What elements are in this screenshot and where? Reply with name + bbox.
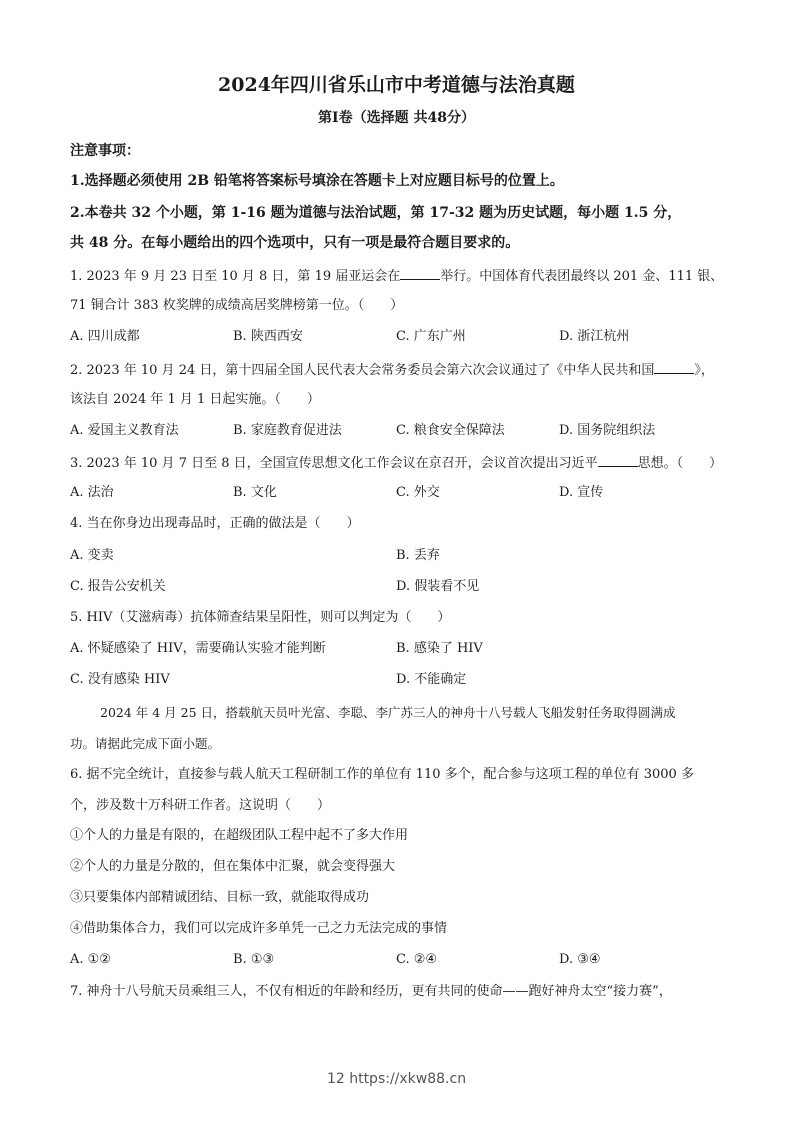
question-1-option-b: B. 陕西西安: [233, 328, 303, 346]
question-1-line-1: 1. 2023 年 9 月 23 日至 10 月 8 日，第 19 届亚运会在举…: [70, 266, 723, 286]
question-text: 3. 2023 年 10 月 7 日至 8 日，全国宣传思想文化工作会议在京召开…: [70, 456, 598, 471]
page-title: 2024年四川省乐山市中考道德与法治真题: [0, 72, 793, 98]
question-6-line-1: 6. 据不完全统计，直接参与载人航天工程研制工作的单位有 110 多个，配合参与…: [70, 766, 694, 784]
question-7-line-1: 7. 神舟十八号航天员乘组三人，不仅有相近的年龄和经历，更有共同的使命——跑好神…: [70, 983, 672, 1001]
question-3-option-b: B. 文化: [233, 484, 277, 502]
question-2-option-c: C. 粮食安全保障法: [396, 422, 505, 440]
question-2-option-a: A. 爱国主义教育法: [70, 422, 179, 440]
question-5-option-b: B. 感染了 HIV: [396, 640, 483, 658]
question-6-line-2: 个，涉及数十万科研工作者。这说明（ ）: [70, 797, 330, 815]
question-3-option-d: D. 宣传: [559, 484, 603, 502]
question-1-option-c: C. 广东广州: [396, 328, 466, 346]
question-1-option-d: D. 浙江杭州: [559, 328, 629, 346]
question-2-line-1: 2. 2023 年 10 月 24 日，第十四届全国人民代表大会常务委员会第六次…: [70, 360, 714, 380]
question-2-option-d: D. 国务院组织法: [559, 422, 655, 440]
question-2-option-b: B. 家庭教育促进法: [233, 422, 342, 440]
question-3-line-1: 3. 2023 年 10 月 7 日至 8 日，全国宣传思想文化工作会议在京召开…: [70, 453, 722, 473]
question-6-option-c: C. ②④: [396, 951, 437, 969]
question-5-line-1: 5. HIV（艾滋病毒）抗体筛查结果呈阳性，则可以判定为（ ）: [70, 609, 450, 627]
question-6-option-b: B. ①③: [233, 951, 274, 969]
notice-item-2: 2.本卷共 32 个小题，第 1-16 题为道德与法治试题，第 17-32 题为…: [70, 204, 681, 222]
question-6-statement-2: ②个人的力量是分散的，但在集体中汇聚，就会变得强大: [70, 858, 395, 876]
material-line-1: 2024 年 4 月 25 日，搭载航天员叶光富、李聪、李广苏三人的神舟十八号载…: [100, 704, 676, 722]
material-line-2: 功。请据此完成下面小题。: [70, 735, 220, 753]
fill-blank: [598, 453, 638, 467]
question-4-option-b: B. 丢弃: [396, 547, 440, 565]
notice-item-2-cont: 共 48 分。在每小题给出的四个选项中，只有一项是最符合题目要求的。: [70, 234, 519, 252]
notice-heading: 注意事项：: [70, 142, 140, 160]
page-footer: 12 https://xkw88.cn: [0, 1071, 793, 1087]
fill-blank: [654, 360, 694, 374]
question-5-option-a: A. 怀疑感染了 HIV，需要确认实验才能判断: [70, 640, 326, 658]
question-text: 》，: [694, 363, 714, 378]
question-6-option-a: A. ①②: [70, 951, 111, 969]
question-1-option-a: A. 四川成都: [70, 328, 140, 346]
question-text: 2. 2023 年 10 月 24 日，第十四届全国人民代表大会常务委员会第六次…: [70, 363, 654, 378]
question-4-line-1: 4. 当在你身边出现毒品时，正确的做法是（ ）: [70, 515, 360, 533]
question-3-option-c: C. 外交: [396, 484, 440, 502]
question-5-option-c: C. 没有感染 HIV: [70, 671, 170, 689]
question-4-option-d: D. 假装看不见: [396, 578, 479, 596]
question-4-option-c: C. 报告公安机关: [70, 578, 166, 596]
question-1-line-2: 71 铜合计 383 枚奖牌的成绩高居奖牌榜第一位。（ ）: [70, 297, 403, 315]
question-6-statement-1: ①个人的力量是有限的，在超级团队工程中起不了多大作用: [70, 827, 408, 845]
question-4-option-a: A. 变卖: [70, 547, 114, 565]
question-5-option-d: D. 不能确定: [396, 671, 466, 689]
notice-item-1: 1.选择题必须使用 2B 铅笔将答案标号填涂在答题卡上对应题目标号的位置上。: [70, 172, 564, 190]
question-6-option-d: D. ③④: [559, 951, 601, 969]
section-subtitle: 第Ⅰ卷（选择题 共48分）: [0, 108, 793, 128]
question-6-statement-3: ③只要集体内部精诚团结、目标一致，就能取得成功: [70, 889, 369, 907]
question-text: 举行。中国体育代表团最终以 201 金、111 银、: [440, 269, 723, 284]
exam-page: 2024年四川省乐山市中考道德与法治真题 第Ⅰ卷（选择题 共48分） 注意事项：…: [0, 0, 793, 1122]
question-6-statement-4: ④借助集体合力，我们可以完成许多单凭一己之力无法完成的事情: [70, 920, 447, 938]
question-2-line-2: 该法自 2024 年 1 月 1 日起实施。（ ）: [70, 391, 320, 409]
question-text: 1. 2023 年 9 月 23 日至 10 月 8 日，第 19 届亚运会在: [70, 269, 400, 284]
question-3-option-a: A. 法治: [70, 484, 114, 502]
question-text: 思想。（ ）: [638, 456, 723, 471]
fill-blank: [400, 266, 440, 280]
